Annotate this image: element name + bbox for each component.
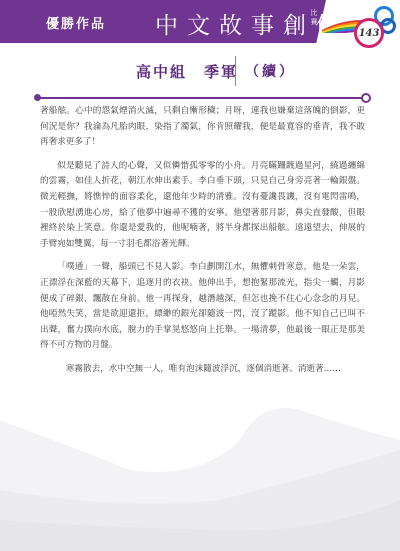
paragraph: 寒霧散去，水中空無一人，唯有泡沫隨波浮沉，逐個消逝著、消逝著…… xyxy=(40,362,365,378)
title-divider xyxy=(38,97,364,99)
background-waves xyxy=(0,380,400,551)
paragraph: 似是聽見了詩人的心聲，又似憐惜孤零零的小舟。月亮瞞跚踱過星河，繞過纏綿的雲霧，如… xyxy=(40,159,365,253)
paragraph: 「噗通」一聲，船頭已不見人影。李白劃開江水，無懼刺骨寒意，他是一朵雲，正漂浮在深… xyxy=(40,260,365,354)
page-number-badge: 143 xyxy=(354,18,384,48)
section-label: 優勝作品 xyxy=(46,13,106,32)
title-separator xyxy=(235,56,236,86)
story-body: 著船舷。心中的怨氣煙消火滅，只剩自慚形穢；月呀，連我也嫌棄這落魄的倒影，更何況是… xyxy=(40,104,365,386)
paragraph: 著船舷。心中的怨氣煙消火滅，只剩自慚形穢；月呀，連我也嫌棄這落魄的倒影，更何況是… xyxy=(40,104,365,151)
contest-suffix: 比賽 xyxy=(309,9,319,27)
continued-label: （續） xyxy=(245,61,296,81)
divider-dot-right xyxy=(361,93,371,103)
story-title: 高中組 季軍 xyxy=(136,61,238,82)
story-title-row: 高中組 季軍 （續） xyxy=(0,60,400,84)
